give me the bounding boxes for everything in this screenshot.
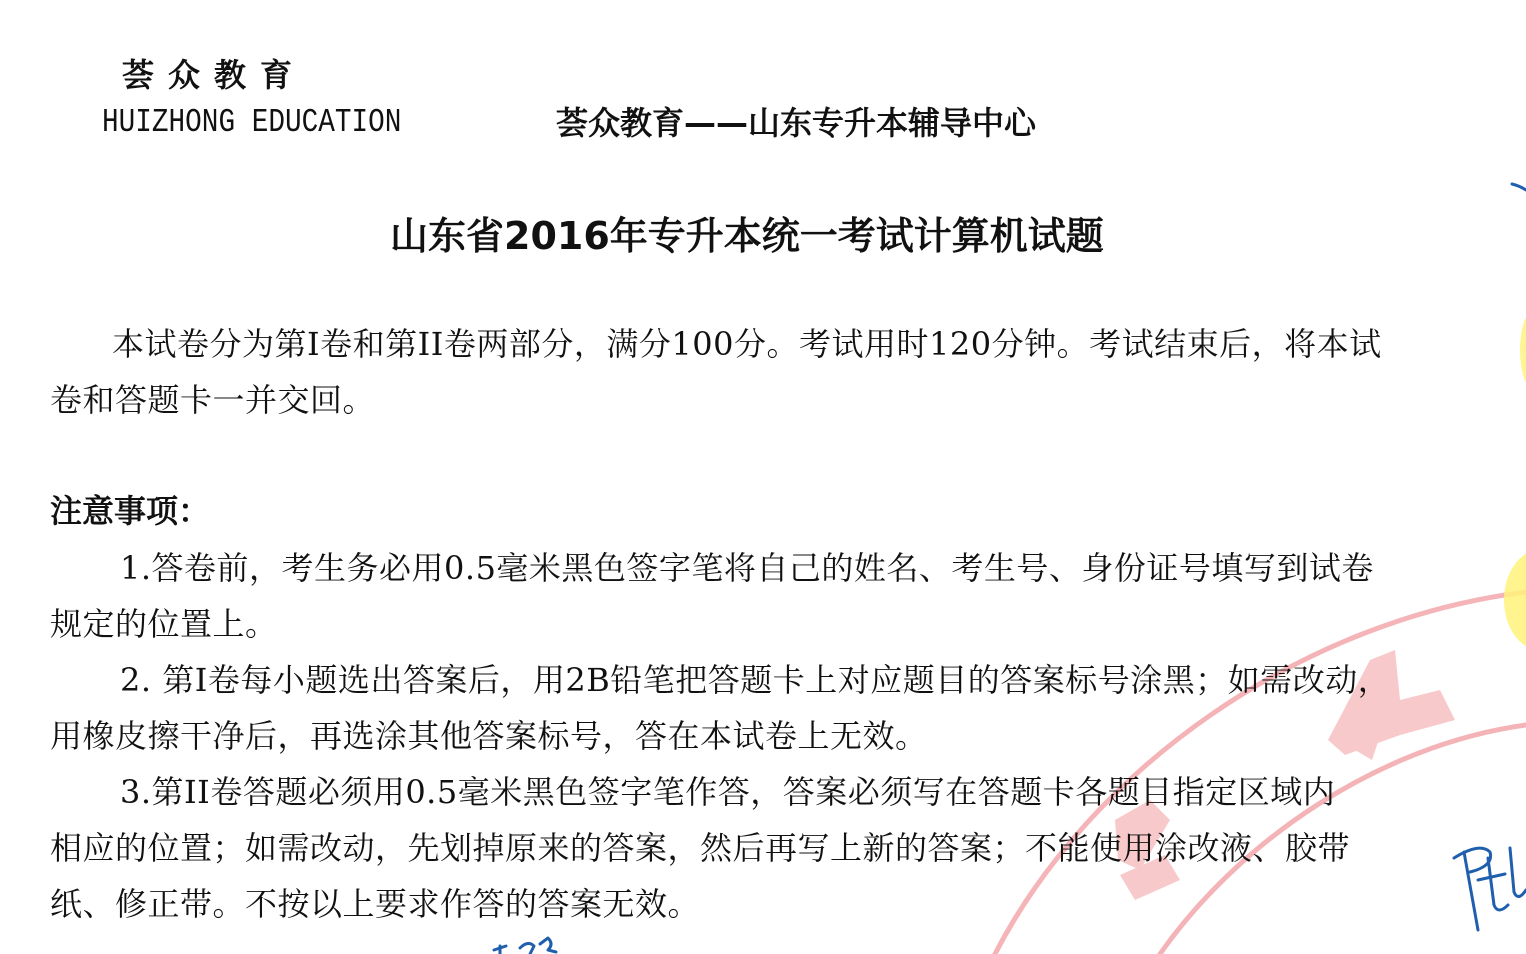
note-3-line-1: 3.第II卷答题必须用0.5毫米黑色签字笔作答，答案必须写在答题卡各题目指定区域… bbox=[120, 764, 1335, 820]
center-name: 荟众教育——山东专升本辅导中心 bbox=[556, 102, 1036, 144]
notes-heading: 注意事项： bbox=[50, 488, 210, 534]
brand-name-chinese: 荟众教育 bbox=[122, 52, 306, 98]
note-2-line-2: 用橡皮擦干净后，再选涂其他答案标号，答在本试卷上无效。 bbox=[50, 708, 928, 764]
brand-name-english: HUIZHONG EDUCATION bbox=[102, 102, 401, 144]
note-3-line-2: 相应的位置；如需改动，先划掉原来的答案，然后再写上新的答案；不能使用涂改液、胶带 bbox=[50, 820, 1350, 876]
intro-line-1: 本试卷分为第I卷和第II卷两部分，满分100分。考试用时120分钟。考试结束后，… bbox=[112, 316, 1382, 372]
note-2-line-1: 2. 第I卷每小题选出答案后，用2B铅笔把答题卡上对应题目的答案标号涂黑；如需改… bbox=[120, 652, 1390, 708]
page-title: 山东省2016年专升本统一考试计算机试题 bbox=[390, 210, 1104, 262]
note-3-line-3: 纸、修正带。不按以上要求作答的答案无效。 bbox=[50, 876, 700, 932]
note-1-line-1: 1.答卷前，考生务必用0.5毫米黑色签字笔将自己的姓名、考生号、身份证号填写到试… bbox=[120, 540, 1374, 596]
intro-line-2: 卷和答题卡一并交回。 bbox=[50, 372, 375, 428]
note-1-line-2: 规定的位置上。 bbox=[50, 596, 278, 652]
